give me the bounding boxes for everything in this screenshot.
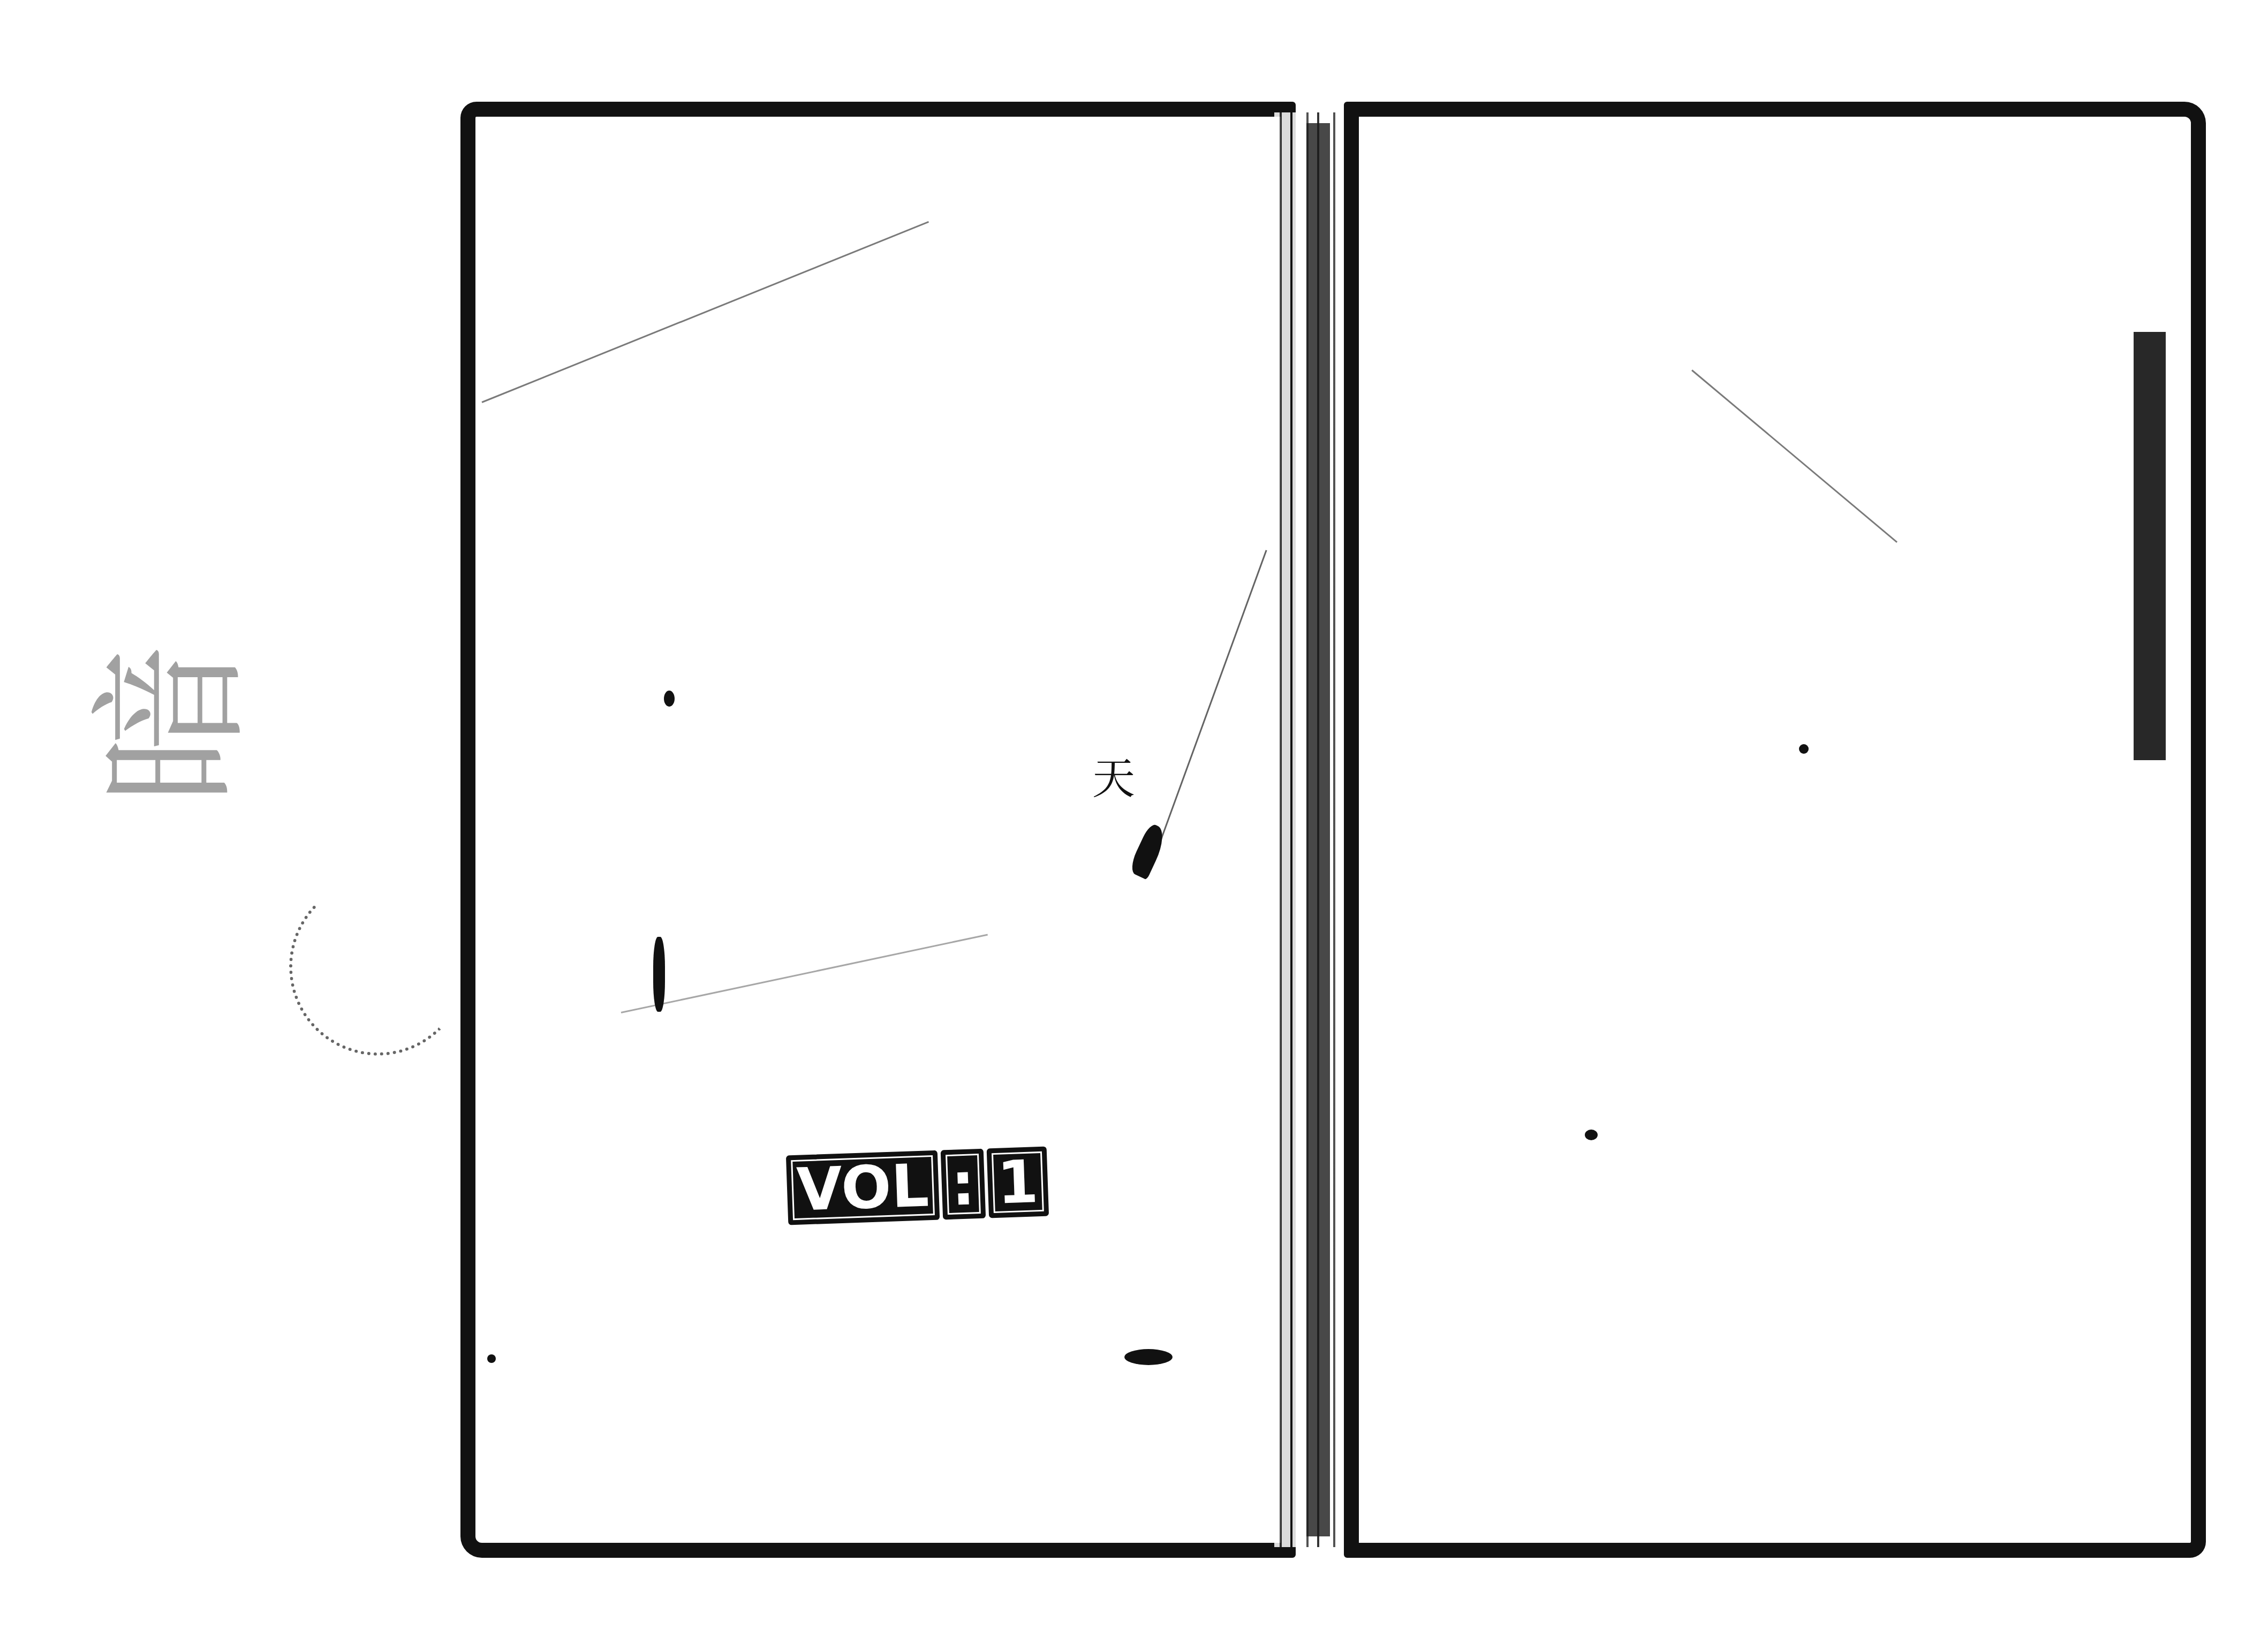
seal-arc-decoration bbox=[289, 878, 467, 1056]
spine-binding bbox=[1306, 123, 1330, 1536]
volume-number: 1 bbox=[986, 1147, 1049, 1218]
open-book bbox=[460, 102, 2206, 1558]
ink-speck bbox=[653, 937, 665, 1012]
volume-prefix: VOL bbox=[786, 1150, 940, 1225]
volume-separator: : bbox=[941, 1149, 986, 1220]
ink-speck bbox=[1124, 1349, 1173, 1365]
ink-speck bbox=[487, 1354, 496, 1363]
ink-speck bbox=[664, 691, 675, 707]
spine-title-strip bbox=[2134, 332, 2166, 760]
front-cover bbox=[460, 102, 1296, 1558]
ink-speck bbox=[1799, 744, 1809, 754]
cover-glyph: 天 bbox=[1092, 744, 1135, 806]
back-cover bbox=[1344, 102, 2206, 1558]
ink-speck bbox=[1585, 1130, 1598, 1140]
volume-label: VOL : 1 bbox=[786, 1147, 1049, 1225]
